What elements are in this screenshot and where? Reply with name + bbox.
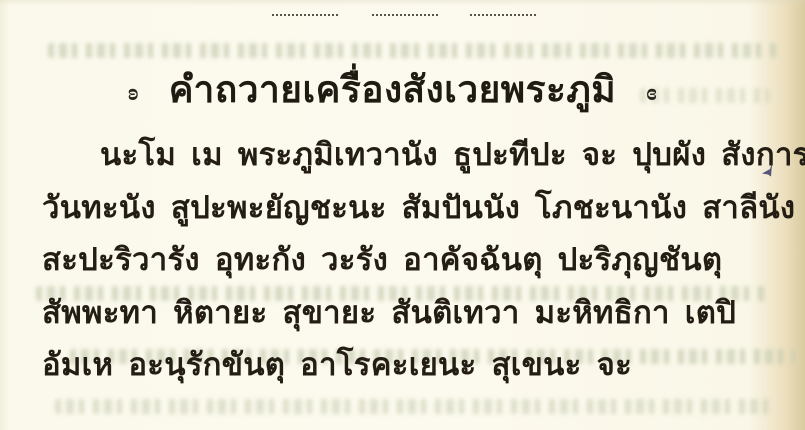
chant-paragraph: นะโม เม พระภูมิเทวานัง ธูปะทีปะ จะ ปุบผั…: [42, 129, 747, 392]
chant-line: วันทะนัง สูปะพะยัญชะนะ สัมปันนัง โภชะนาน…: [42, 182, 747, 235]
fill-in-dotted-line: [470, 9, 536, 16]
ornament-left-icon: ʚ: [128, 81, 139, 105]
chant-line: อัมเห อะนุรักขันตุ อาโรคะเยนะ สุเขนะ จะ: [42, 339, 747, 392]
chant-line: นะโม เม พระภูมิเทวานัง ธูปะทีปะ จะ ปุบผั…: [42, 129, 747, 182]
bleedthrough-row: [48, 43, 776, 58]
chant-line: สะปะริวารัง อุทะกัง วะรัง อาคัจฉันตุ ปะร…: [42, 234, 747, 287]
cursor-arrow-speck: [759, 160, 775, 178]
chant-line: สัพพะทา หิตายะ สุขายะ สันติเทวา มะหิทธิก…: [42, 287, 747, 340]
ornament-right-icon: ɞ: [646, 81, 657, 105]
page-title: คำถวายเครื่องสังเวยพระภูมิ: [169, 60, 616, 119]
page-title-row: ʚ คำถวายเครื่องสังเวยพระภูมิ ɞ: [0, 60, 785, 118]
fill-in-dotted-line: [272, 9, 338, 16]
fill-in-dotted-line: [372, 9, 438, 16]
bleedthrough-row: [55, 399, 775, 414]
